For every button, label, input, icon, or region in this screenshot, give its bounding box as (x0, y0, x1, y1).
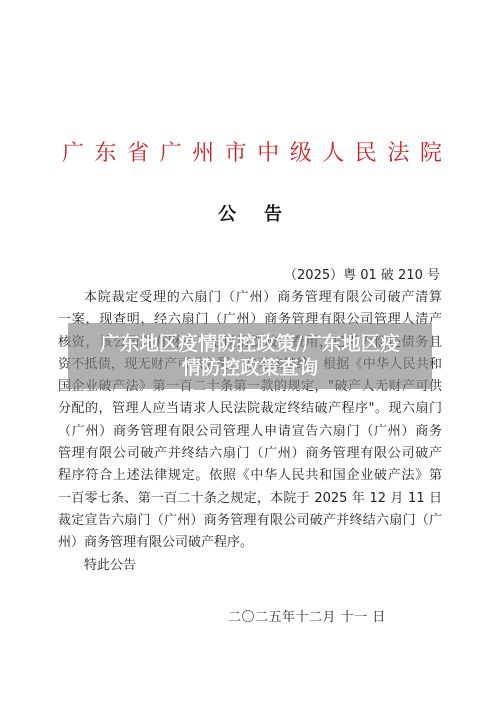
court-name-char: 中 (257, 140, 279, 168)
body-line: 程序符合上述法律规定。依照《中华人民共和国企业破产法》第 (58, 465, 442, 487)
closing-phrase: 特此公告 (58, 555, 442, 577)
court-name-char: 人 (322, 140, 344, 168)
court-name-char: 院 (420, 140, 442, 168)
body-line: 管理有限公司破产并终结六扇门（广州）商务管理有限公司破产 (58, 443, 442, 465)
overlay-title-banner: 广东地区疫情防控政策/广东地区疫 情防控政策查询 (68, 323, 432, 389)
court-name-char: 广 (160, 140, 182, 168)
overlay-title-line-2: 情防控政策查询 (182, 356, 319, 380)
notice-date: 二〇二五年十二月 十一 日 (228, 608, 386, 628)
overlay-title-line-1: 广东地区疫情防控政策/广东地区疫 (100, 332, 400, 356)
court-name-char: 州 (192, 140, 214, 168)
court-name-char: 省 (127, 140, 149, 168)
court-name-char: 级 (290, 140, 312, 168)
case-number: （2025）粤 01 破 210 号 (284, 266, 440, 286)
body-line: 裁定宣告六扇门（广州）商务管理有限公司破产并终结六扇门（广 (58, 510, 442, 532)
court-name-header: 广 东 省 广 州 市 中 级 人 民 法 院 (62, 140, 442, 168)
body-line: 分配的，管理人应当请求人民法院裁定终结破产程序"。现六扇门 (58, 398, 442, 420)
body-line: 本院裁定受理的六扇门（广州）商务管理有限公司破产清算 (58, 287, 442, 309)
court-name-char: 法 (387, 140, 409, 168)
court-name-char: 市 (225, 140, 247, 168)
body-line: 一百零七条、第一百二十条之规定，本院于 2025 年 12 月 11 日 (58, 488, 442, 510)
court-name-char: 民 (355, 140, 377, 168)
notice-title: 公告 (0, 203, 500, 227)
body-line: （广州）商务管理有限公司管理人申请宣告六扇门（广州）商务 (58, 421, 442, 443)
document-page: 广 东 省 广 州 市 中 级 人 民 法 院 公告 （2025）粤 01 破 … (0, 0, 500, 706)
court-name-char: 东 (95, 140, 117, 168)
court-name-char: 广 (62, 140, 84, 168)
body-line: 州）商务管理有限公司破产程序。 (58, 532, 442, 554)
